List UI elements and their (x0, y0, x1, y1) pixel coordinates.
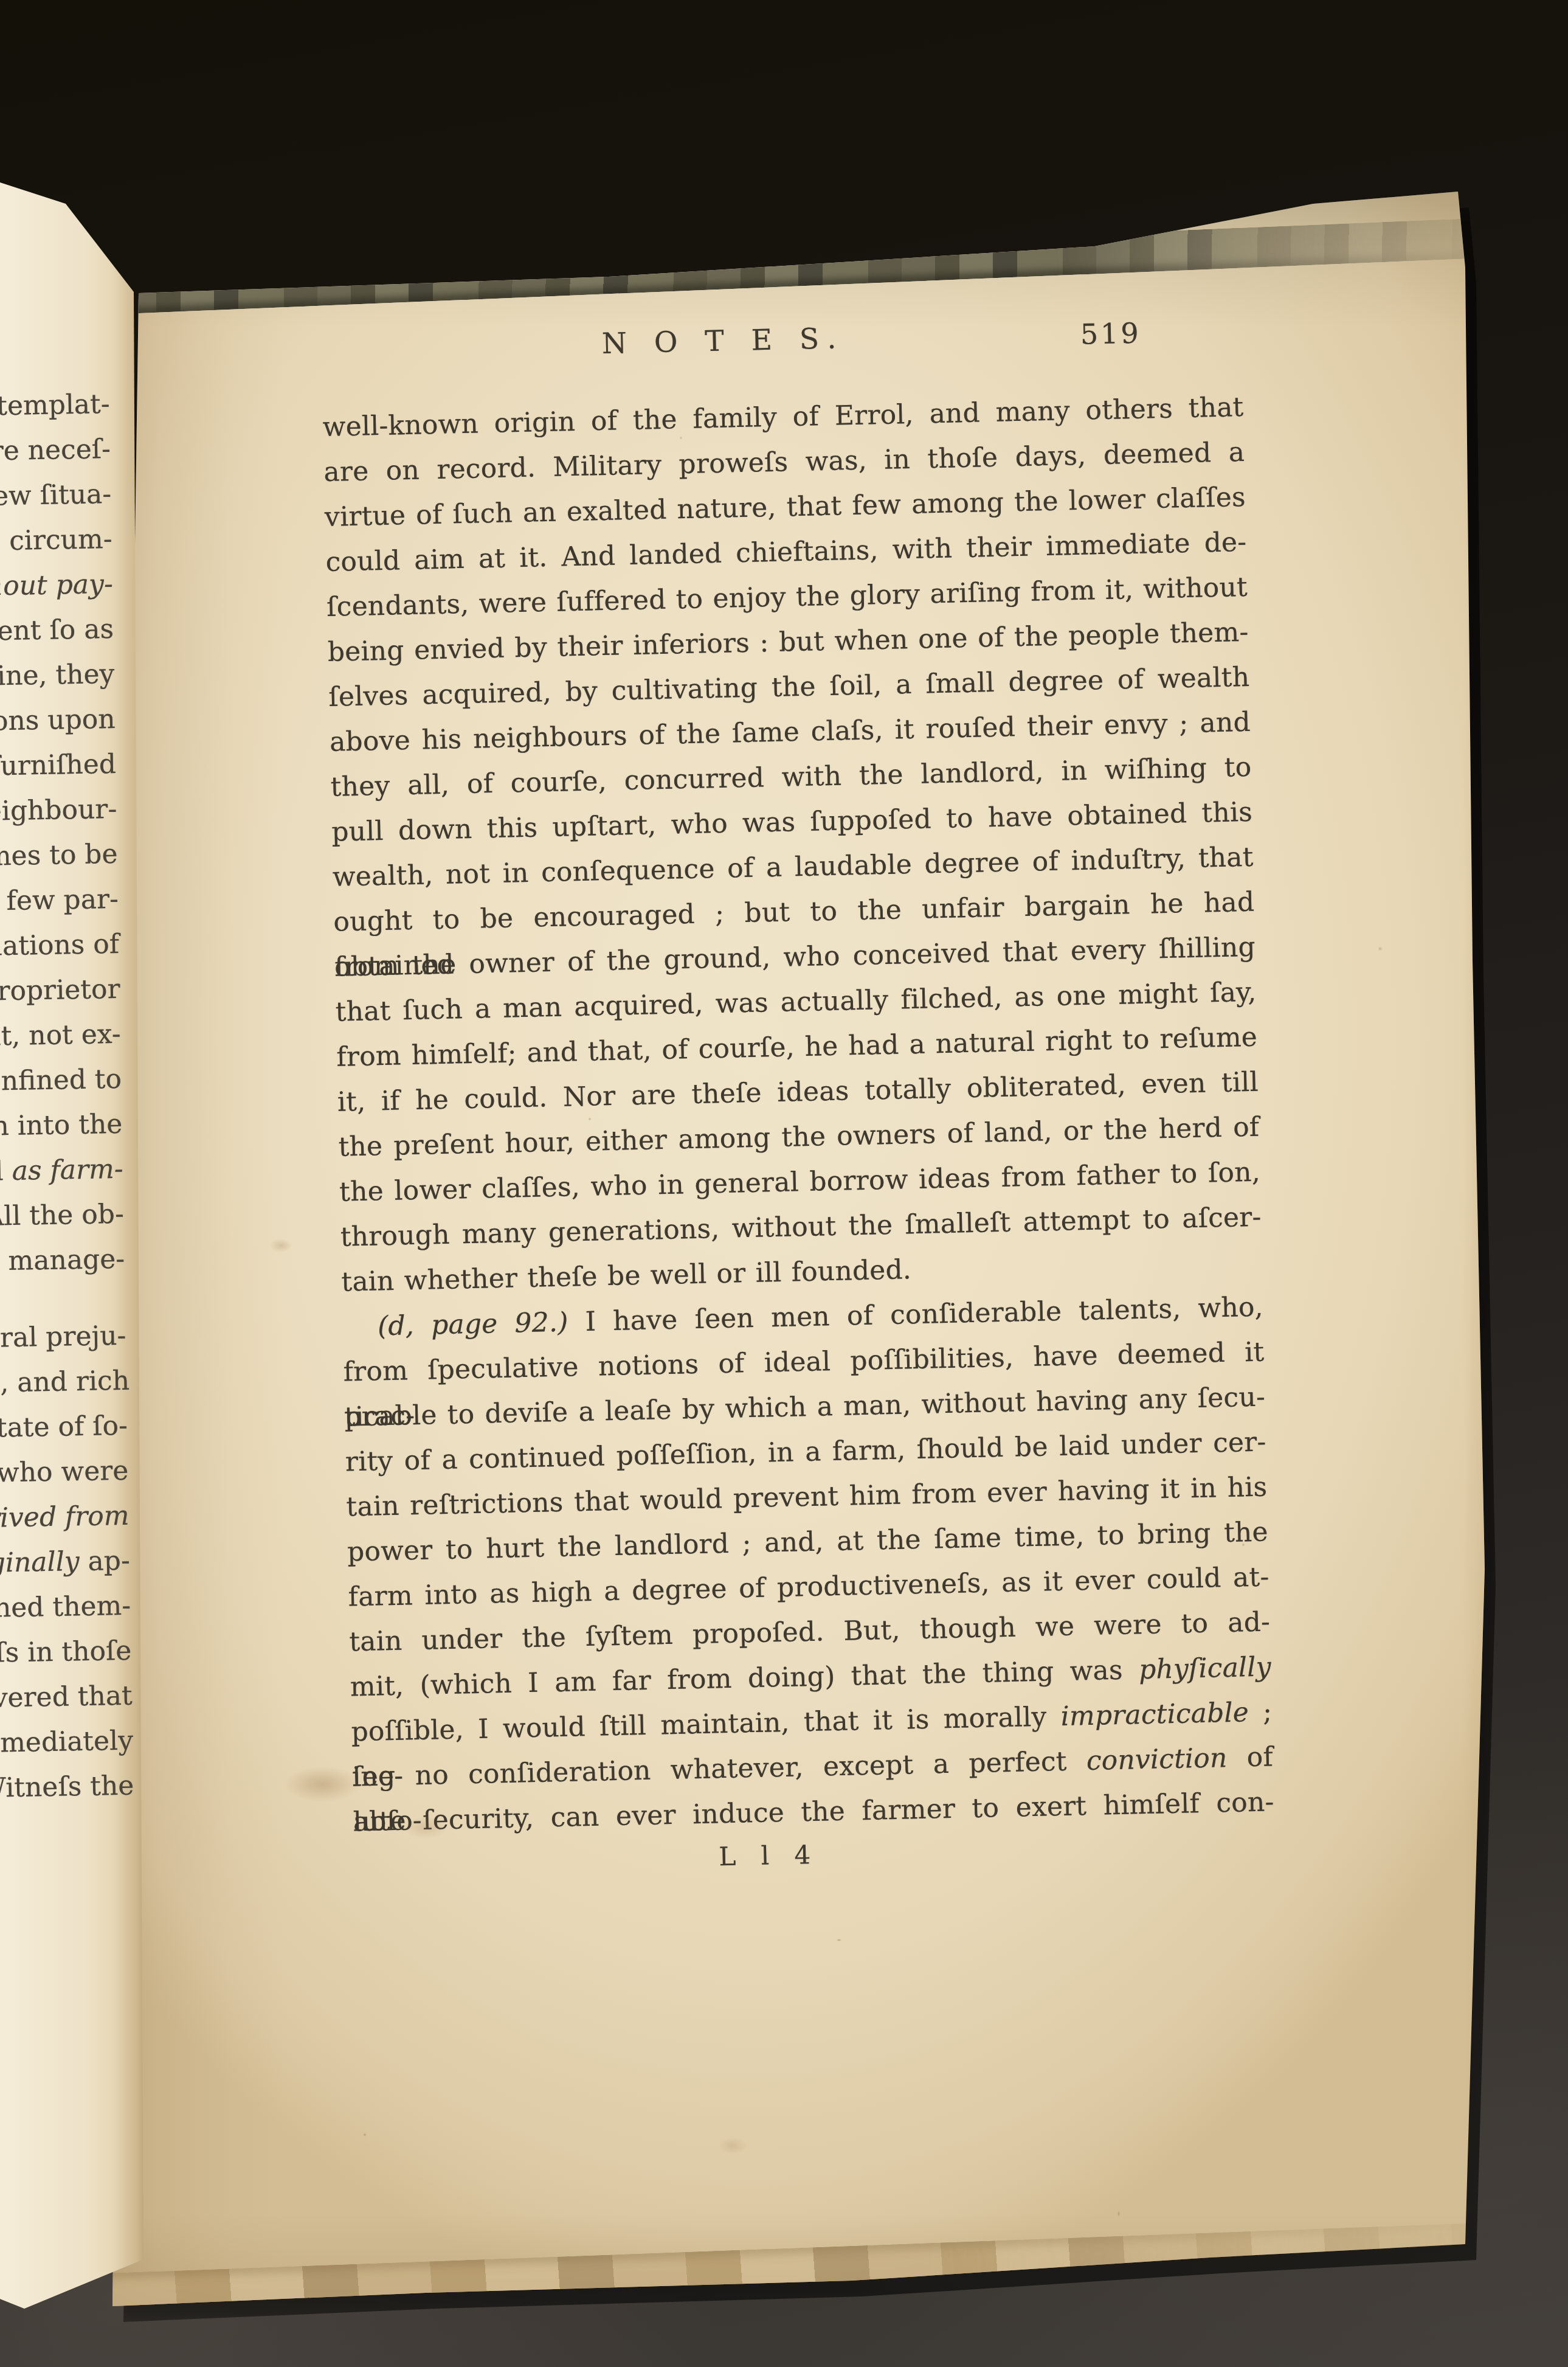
page-header: N O T E S. 519 (320, 313, 1242, 382)
fragment-line: comes to be (0, 832, 118, 881)
fragment-text-column: contemplat-r are neceſ-n few ſitua-eſe c… (0, 382, 134, 1812)
fragment-line: iſcovered that (0, 1674, 133, 1722)
page-text-block: N O T E S. 519 well-known origin of the … (322, 385, 1276, 1879)
fragment-line: the proprietor (0, 967, 120, 1016)
fragment-line: All the ob- (0, 1192, 125, 1241)
fragment-line: contemplat- (0, 382, 110, 431)
fragment-line: r are neceſ- (0, 427, 111, 476)
fragment-line: r neighbour- (0, 787, 117, 836)
fragment-line: guiſhed them- (0, 1584, 131, 1632)
fragment-line: ſituations of (0, 922, 120, 971)
fragment-line: he ſtate of ſo- (0, 1404, 128, 1452)
fragment-line: n few ſitua- (0, 472, 112, 521)
fragment-line: derived from (0, 1494, 130, 1542)
fragment-line: red as farm- (0, 1147, 123, 1196)
fragment-line: ertions upon (0, 697, 116, 746)
fragment-line: ncline, they (0, 652, 115, 701)
fragment-line: nent, not ex- (0, 1012, 121, 1061)
fragment-line: r the manage- (0, 1237, 125, 1286)
previous-page-fragment: contemplat-r are neceſ-n few ſitua-eſe c… (0, 170, 152, 2317)
body-text: well-known origin of the family of Errol… (322, 385, 1274, 1845)
page-number: 519 (1080, 317, 1141, 351)
fragment-line: eſe circum- (0, 517, 112, 566)
fragment-line: in a few par- (0, 877, 119, 926)
fragment-line: e confined to (0, 1057, 122, 1106)
running-title: N O T E S. (601, 322, 846, 361)
fragment-line: weſs in thoſe (0, 1629, 132, 1677)
book-page: N O T E S. 519 well-known origin of the … (85, 182, 1502, 2317)
scanned-book-photo: N O T E S. 519 well-known origin of the … (0, 0, 1568, 2367)
fragment-line: aken into the (0, 1102, 123, 1151)
fragment-line: has furniſhed (0, 742, 117, 791)
fragment-line: nen who were (0, 1449, 129, 1497)
fragment-line: Witneſs the (0, 1764, 134, 1812)
fragment-line: e immediately (0, 1719, 134, 1767)
fragment-line: general preju- (0, 1314, 126, 1362)
fragment-line: arms, and rich (0, 1359, 127, 1407)
fragment-line: yment ſo as (0, 607, 114, 656)
fragment-line: ithout pay- (0, 562, 113, 611)
fragment-line: originally ap- (0, 1539, 130, 1587)
